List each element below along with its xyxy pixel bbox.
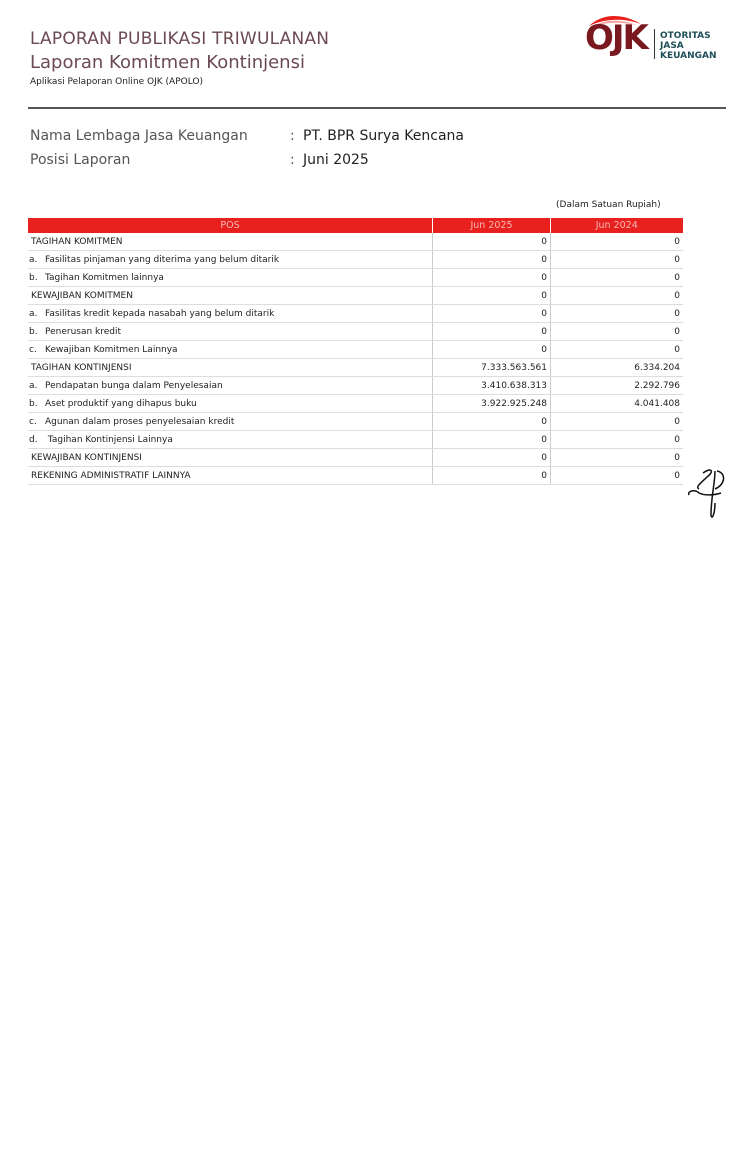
table-row: KEWAJIBAN KONTINJENSI00 xyxy=(28,449,683,467)
table-row: b.Penerusan kredit00 xyxy=(28,323,683,341)
header-divider xyxy=(28,107,726,109)
row-label: c.Agunan dalam proses penyelesaian kredi… xyxy=(28,413,433,431)
value-jun2025: 3.922.925.248 xyxy=(433,395,551,413)
row-label-text: Agunan dalam proses penyelesaian kredit xyxy=(45,417,234,427)
value-jun2024: 0 xyxy=(551,413,684,431)
value-jun2025: 0 xyxy=(433,233,551,251)
separator: : xyxy=(290,152,295,168)
row-letter: b. xyxy=(29,399,45,409)
table-row: c.Kewajiban Komitmen Lainnya00 xyxy=(28,341,683,359)
period-label: Posisi Laporan xyxy=(30,152,290,168)
value-jun2024: 0 xyxy=(551,323,684,341)
value-jun2024: 0 xyxy=(551,233,684,251)
row-label: b.Penerusan kredit xyxy=(28,323,433,341)
value-jun2024: 0 xyxy=(551,287,684,305)
value-jun2024: 2.292.796 xyxy=(551,377,684,395)
row-label: TAGIHAN KOMITMEN xyxy=(28,233,433,251)
logo-text-line2: JASA xyxy=(660,41,717,51)
table-row: TAGIHAN KOMITMEN00 xyxy=(28,233,683,251)
value-jun2024: 0 xyxy=(551,305,684,323)
row-label: a.Fasilitas pinjaman yang diterima yang … xyxy=(28,251,433,269)
table-row: c.Agunan dalam proses penyelesaian kredi… xyxy=(28,413,683,431)
column-header-pos: POS xyxy=(28,218,433,233)
table-row: KEWAJIBAN KOMITMEN00 xyxy=(28,287,683,305)
row-letter: a. xyxy=(29,309,45,319)
row-label: KEWAJIBAN KOMITMEN xyxy=(28,287,433,305)
row-label: d. Tagihan Kontinjensi Lainnya xyxy=(28,431,433,449)
value-jun2024: 0 xyxy=(551,449,684,467)
row-letter: c. xyxy=(29,345,45,355)
row-label: a.Pendapatan bunga dalam Penyelesaian xyxy=(28,377,433,395)
row-label: REKENING ADMINISTRATIF LAINNYA xyxy=(28,467,433,485)
row-letter: a. xyxy=(29,381,45,391)
value-jun2025: 3.410.638.313 xyxy=(433,377,551,395)
row-label: b.Tagihan Komitmen lainnya xyxy=(28,269,433,287)
row-label: a.Fasilitas kredit kepada nasabah yang b… xyxy=(28,305,433,323)
logo-mark: OJK xyxy=(585,18,647,58)
report-title: LAPORAN PUBLIKASI TRIWULANAN xyxy=(30,29,329,49)
value-jun2024: 0 xyxy=(551,269,684,287)
table-row: b.Tagihan Komitmen lainnya00 xyxy=(28,269,683,287)
row-label-text: KEWAJIBAN KOMITMEN xyxy=(31,291,133,301)
table-row: d. Tagihan Kontinjensi Lainnya00 xyxy=(28,431,683,449)
row-label-text: TAGIHAN KONTINJENSI xyxy=(31,363,132,373)
value-jun2024: 0 xyxy=(551,431,684,449)
row-letter: b. xyxy=(29,327,45,337)
row-label-text: Tagihan Kontinjensi Lainnya xyxy=(45,435,173,445)
row-label-text: Kewajiban Komitmen Lainnya xyxy=(45,345,178,355)
value-jun2024: 4.041.408 xyxy=(551,395,684,413)
value-jun2025: 0 xyxy=(433,269,551,287)
logo-text-line3: KEUANGAN xyxy=(660,51,717,61)
institution-value: PT. BPR Surya Kencana xyxy=(303,128,464,144)
period-value: Juni 2025 xyxy=(303,152,369,168)
row-letter: d. xyxy=(29,435,45,445)
table-row: TAGIHAN KONTINJENSI7.333.563.5616.334.20… xyxy=(28,359,683,377)
row-label: b.Aset produktif yang dihapus buku xyxy=(28,395,433,413)
value-jun2025: 0 xyxy=(433,431,551,449)
row-label-text: REKENING ADMINISTRATIF LAINNYA xyxy=(31,471,191,481)
table-row: a.Fasilitas kredit kepada nasabah yang b… xyxy=(28,305,683,323)
logo-text-line1: OTORITAS xyxy=(660,31,717,41)
row-label-text: Tagihan Komitmen lainnya xyxy=(45,273,164,283)
value-jun2025: 0 xyxy=(433,287,551,305)
separator: : xyxy=(290,128,295,144)
row-label-text: Fasilitas kredit kepada nasabah yang bel… xyxy=(45,309,274,319)
value-jun2025: 0 xyxy=(433,467,551,485)
row-label-text: Pendapatan bunga dalam Penyelesaian xyxy=(45,381,223,391)
table-row: b.Aset produktif yang dihapus buku3.922.… xyxy=(28,395,683,413)
row-label: KEWAJIBAN KONTINJENSI xyxy=(28,449,433,467)
row-label: TAGIHAN KONTINJENSI xyxy=(28,359,433,377)
row-label-text: TAGIHAN KOMITMEN xyxy=(31,237,123,247)
value-jun2024: 0 xyxy=(551,251,684,269)
row-letter: a. xyxy=(29,255,45,265)
value-jun2025: 0 xyxy=(433,341,551,359)
ojk-logo: OJK OTORITAS JASA KEUANGAN xyxy=(585,14,735,64)
value-jun2025: 0 xyxy=(433,251,551,269)
row-label-text: KEWAJIBAN KONTINJENSI xyxy=(31,453,142,463)
value-jun2025: 0 xyxy=(433,323,551,341)
column-header-jun2024: Jun 2024 xyxy=(551,218,684,233)
unit-note: (Dalam Satuan Rupiah) xyxy=(556,200,661,210)
institution-label: Nama Lembaga Jasa Keuangan xyxy=(30,128,290,144)
value-jun2025: 7.333.563.561 xyxy=(433,359,551,377)
row-label: c.Kewajiban Komitmen Lainnya xyxy=(28,341,433,359)
row-label-text: Fasilitas pinjaman yang diterima yang be… xyxy=(45,255,279,265)
value-jun2025: 0 xyxy=(433,305,551,323)
signature xyxy=(685,463,745,523)
app-name: Aplikasi Pelaporan Online OJK (APOLO) xyxy=(30,77,203,87)
logo-divider xyxy=(654,29,655,59)
table-row: a.Pendapatan bunga dalam Penyelesaian3.4… xyxy=(28,377,683,395)
logo-text: OTORITAS JASA KEUANGAN xyxy=(660,31,717,61)
row-letter: c. xyxy=(29,417,45,427)
value-jun2024: 0 xyxy=(551,341,684,359)
commitment-contingency-table: POS Jun 2025 Jun 2024 TAGIHAN KOMITMEN00… xyxy=(28,218,684,485)
table-row: a.Fasilitas pinjaman yang diterima yang … xyxy=(28,251,683,269)
row-label-text: Penerusan kredit xyxy=(45,327,121,337)
value-jun2024: 6.334.204 xyxy=(551,359,684,377)
value-jun2024: 0 xyxy=(551,467,684,485)
table-row: REKENING ADMINISTRATIF LAINNYA00 xyxy=(28,467,683,485)
value-jun2025: 0 xyxy=(433,413,551,431)
table-header: POS Jun 2025 Jun 2024 xyxy=(28,218,683,233)
report-subtitle: Laporan Komitmen Kontinjensi xyxy=(30,52,305,73)
column-header-jun2025: Jun 2025 xyxy=(433,218,551,233)
value-jun2025: 0 xyxy=(433,449,551,467)
row-label-text: Aset produktif yang dihapus buku xyxy=(45,399,197,409)
row-letter: b. xyxy=(29,273,45,283)
